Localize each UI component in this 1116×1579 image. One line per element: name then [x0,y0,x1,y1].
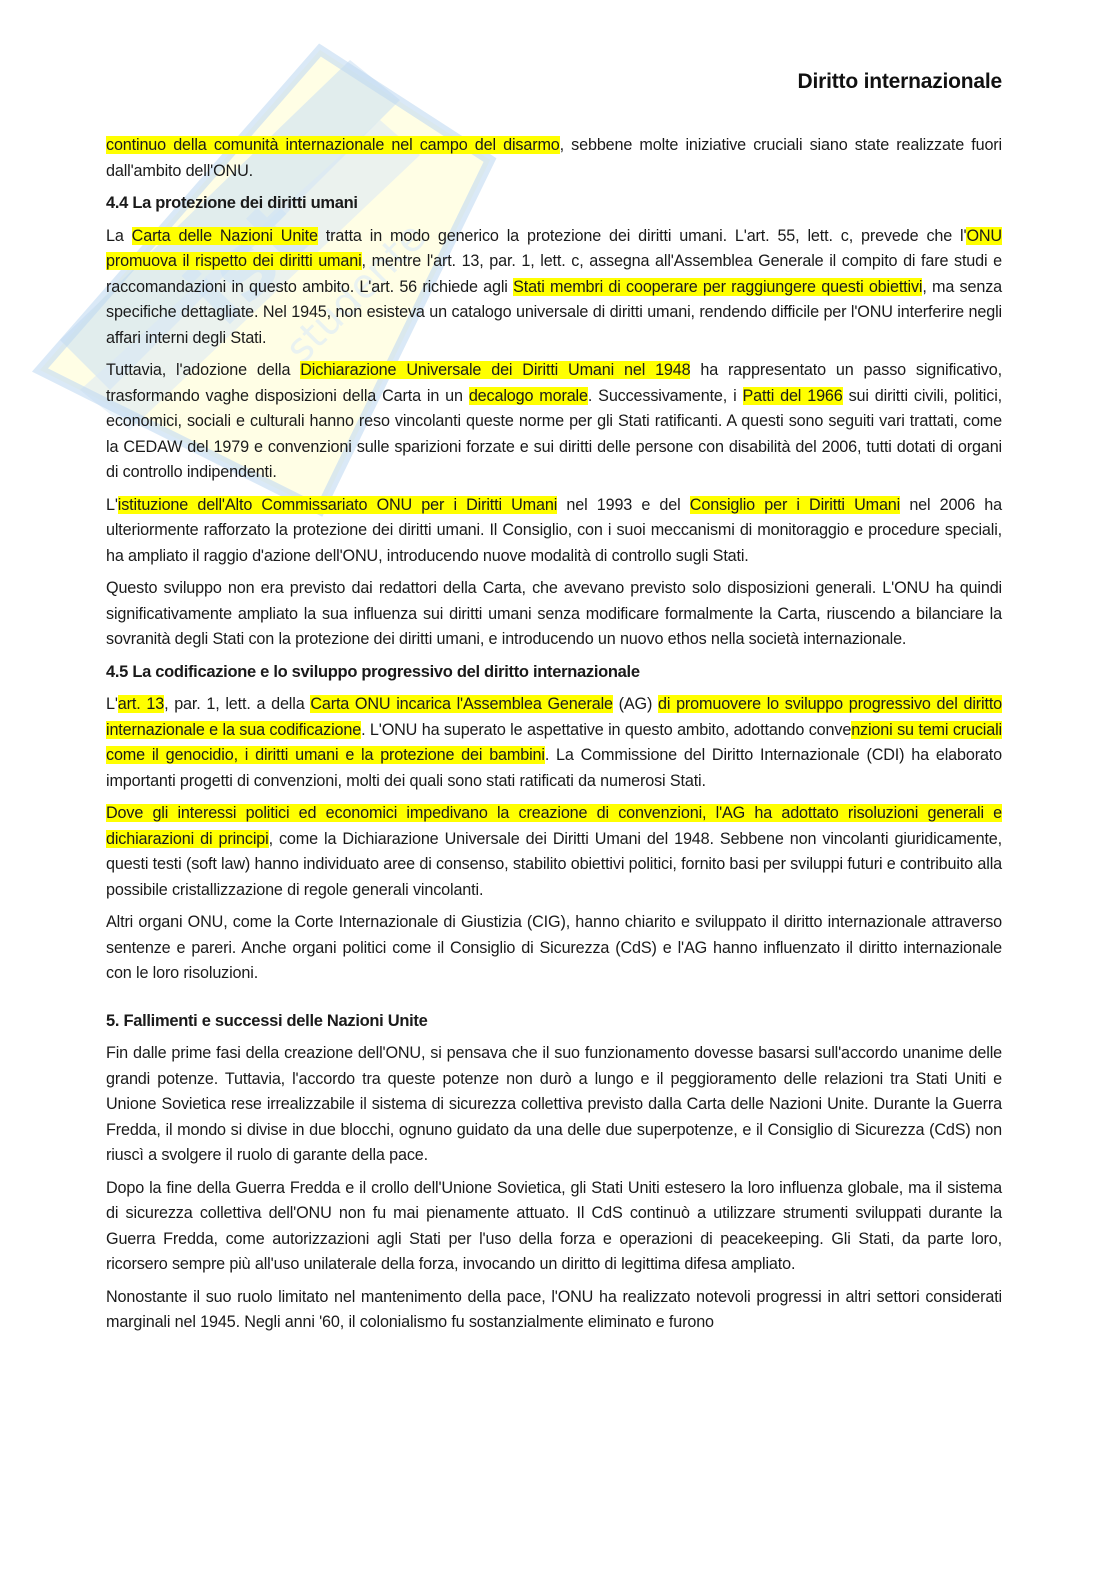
text-run: Nonostante il suo ruolo limitato nel man… [106,1288,1002,1332]
text-run: . Successivamente, i [588,387,743,405]
paragraph: Nonostante il suo ruolo limitato nel man… [106,1285,1002,1336]
highlighted-text: Consiglio per i Diritti Umani [690,496,900,514]
text-run: tratta in modo generico la protezione de… [318,227,967,245]
text-run: Altri organi ONU, come la Corte Internaz… [106,913,1002,982]
subsection-heading: 4.5 La codificazione e lo sviluppo progr… [106,660,1002,686]
document-body: continuo della comunità internazionale n… [106,133,1002,1343]
text-run: . L'ONU ha superato le aspettative in qu… [361,721,851,739]
paragraph: Dopo la fine della Guerra Fredda e il cr… [106,1176,1002,1278]
text-run: La [106,227,132,245]
paragraph: Dove gli interessi politici ed economici… [106,801,1002,903]
text-run: Questo sviluppo non era previsto dai red… [106,579,1002,648]
highlighted-text: istituzione dell'Alto Commissariato ONU … [118,496,557,514]
paragraph: L'istituzione dell'Alto Commissariato ON… [106,493,1002,570]
text-run: L' [106,695,118,713]
text-run: nel 1993 e del [557,496,690,514]
highlighted-text: Carta delle Nazioni Unite [132,227,318,245]
paragraph: Altri organi ONU, come la Corte Internaz… [106,910,1002,987]
text-run: Fin dalle prime fasi della creazione del… [106,1044,1002,1164]
text-run: (AG) [613,695,658,713]
paragraph: Fin dalle prime fasi della creazione del… [106,1041,1002,1169]
highlighted-text: art. 13 [118,695,164,713]
highlighted-text: continuo della comunità internazionale n… [106,136,560,154]
paragraph: Tuttavia, l'adozione della Dichiarazione… [106,358,1002,486]
highlighted-text: Stati membri di cooperare per raggiunger… [513,278,922,296]
page-header-title: Diritto internazionale [798,70,1002,94]
paragraph: L'art. 13, par. 1, lett. a della Carta O… [106,692,1002,794]
highlighted-text: Patti del 1966 [743,387,843,405]
paragraph: continuo della comunità internazionale n… [106,133,1002,184]
text-run: Tuttavia, l'adozione della [106,361,300,379]
text-run: , par. 1, lett. a della [164,695,310,713]
highlighted-text: decalogo morale [469,387,588,405]
highlighted-text: Dichiarazione Universale dei Diritti Uma… [300,361,690,379]
paragraph: La Carta delle Nazioni Unite tratta in m… [106,224,1002,352]
subsection-heading: 4.4 La protezione dei diritti umani [106,191,1002,217]
text-run: L' [106,496,118,514]
text-run: Dopo la fine della Guerra Fredda e il cr… [106,1179,1002,1274]
section-heading: 5. Fallimenti e successi delle Nazioni U… [106,1009,1002,1035]
highlighted-text: Carta ONU incarica l'Assemblea Generale [310,695,613,713]
paragraph: Questo sviluppo non era previsto dai red… [106,576,1002,653]
